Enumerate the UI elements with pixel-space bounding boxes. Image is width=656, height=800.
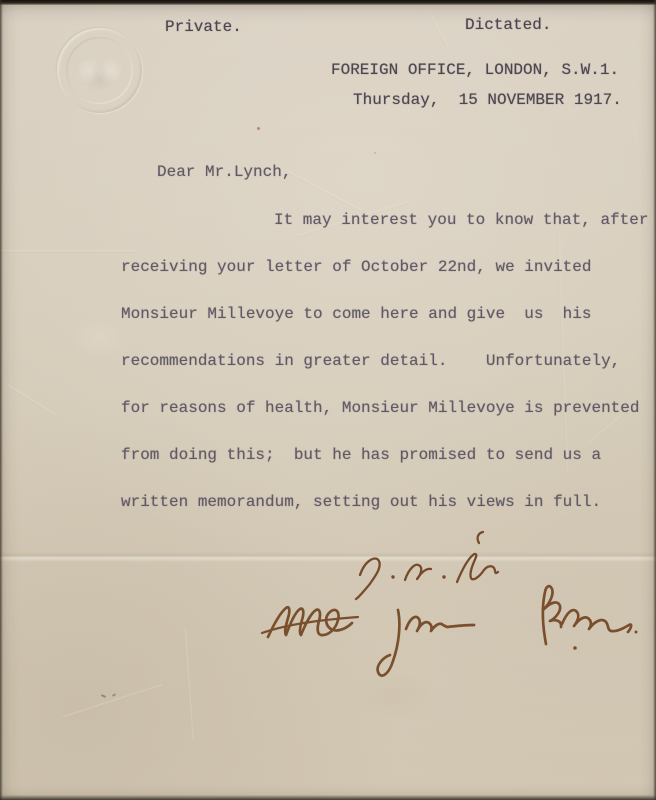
paper-speck [374, 152, 376, 154]
embossed-seal [57, 28, 142, 113]
body-line: from doing this; but he has promised to … [121, 446, 601, 465]
crease-mark [286, 170, 362, 213]
signature-block: y. v. t. [248, 528, 648, 693]
embossed-seal-crest [75, 52, 124, 90]
paper-speck [101, 694, 106, 698]
body-line: Monsieur Millevoye to come here and give… [121, 305, 591, 324]
body-line: It may interest you to know that, after [274, 211, 648, 230]
frame-edge-top [0, 0, 656, 5]
body-line: receiving your letter of October 22nd, w… [121, 258, 591, 277]
signature-strokes [262, 586, 638, 675]
crease-mark [4, 382, 56, 416]
body-line: recommendations in greater detail. Unfor… [121, 352, 620, 371]
paper-speck [257, 127, 260, 130]
paper-speck [112, 693, 116, 697]
body-line: written memorandum, setting out his view… [121, 493, 601, 512]
frame-edge-bottom [0, 795, 656, 800]
letterhead-line: FOREIGN OFFICE, LONDON, S.W.1. [331, 61, 619, 80]
body-line: for reasons of health, Monsieur Millevoy… [121, 399, 639, 418]
salutation: Dear Mr.Lynch, [157, 163, 291, 182]
private-label: Private. [165, 18, 242, 37]
date-line: Thursday, 15 NOVEMBER 1917. [353, 91, 622, 110]
frame-edge-left [0, 0, 3, 800]
crease-mark [429, 15, 450, 52]
dictated-label: Dictated. [465, 16, 551, 35]
crease-mark [183, 628, 194, 740]
letter-photograph: Private. Dictated. FOREIGN OFFICE, LONDO… [0, 0, 656, 800]
crease-mark [62, 684, 163, 719]
valediction-strokes [356, 532, 498, 599]
crease-mark [0, 250, 135, 253]
